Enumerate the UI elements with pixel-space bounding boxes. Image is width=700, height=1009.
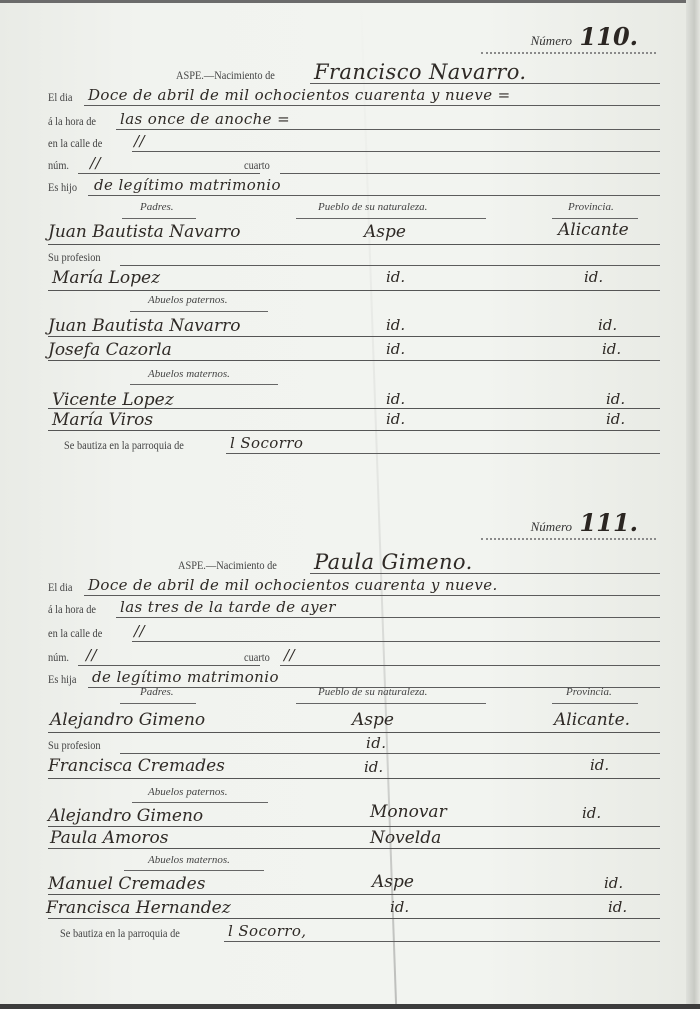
- maternal-grandfather-name: Manuel Cremades: [48, 874, 205, 894]
- maternal-grandfather-province: id.: [604, 874, 623, 892]
- row-parroquia: Se bautiza en la parroquia de l Socorro: [48, 434, 660, 456]
- field-line: [48, 430, 660, 431]
- field-line: [224, 941, 660, 942]
- parish: l Socorro,: [228, 922, 306, 940]
- padres-header: Padres.: [140, 686, 174, 698]
- row-num-cuarto: núm. // cuarto: [48, 154, 660, 176]
- field-line: [48, 408, 660, 409]
- num-label: núm.: [48, 160, 69, 172]
- numero-value: 110.: [580, 22, 638, 51]
- row-profesion: Su profesion: [48, 246, 660, 268]
- maternal-grandfather-town: Aspe: [372, 872, 414, 892]
- birth-date: Doce de abril de mil ochocientos cuarent…: [88, 86, 511, 104]
- provincia-header: Provincia.: [566, 686, 612, 698]
- profesion-label: Su profesion: [48, 740, 101, 752]
- header-rule: [130, 311, 268, 312]
- maternal-grandmother-town: id.: [390, 898, 409, 916]
- nacimiento-label: ASPE.—Nacimiento de: [178, 560, 277, 572]
- field-line: [132, 151, 660, 152]
- dia-label: El dia: [48, 582, 72, 594]
- calle-label: en la calle de: [48, 138, 102, 150]
- header-rule: [296, 703, 486, 704]
- mother-name: María Lopez: [52, 268, 160, 288]
- es-hija-label: Es hija: [48, 674, 76, 686]
- padres-header: Padres.: [140, 201, 174, 213]
- es-hijo-label: Es hijo: [48, 182, 77, 194]
- row-nacimiento: ASPE.—Nacimiento de Francisco Navarro.: [48, 64, 660, 86]
- nacimiento-label: ASPE.—Nacimiento de: [176, 70, 275, 82]
- dia-label: El dia: [48, 92, 72, 104]
- parish: l Socorro: [230, 434, 303, 452]
- header-rule: [552, 218, 638, 219]
- field-line: [48, 894, 660, 895]
- maternal-grandmother-name: María Viros: [52, 410, 153, 430]
- field-line: [48, 732, 660, 733]
- field-line: [48, 336, 660, 337]
- legitimacy: de legítimo matrimonio: [92, 668, 279, 686]
- entry-number: Número 110.: [531, 22, 638, 51]
- paternal-grandfather-province: id.: [598, 316, 617, 334]
- maternal-grandfather-name: Vicente Lopez: [52, 390, 174, 410]
- numero-label: Número: [531, 33, 572, 48]
- maternal-grandmother-province: id.: [608, 898, 627, 916]
- paternal-grandmother-town: id.: [386, 340, 405, 358]
- page-bottom-edge: [0, 1004, 700, 1009]
- paternal-grandfather-name: Alejandro Gimeno: [48, 806, 203, 826]
- row-hora: á la hora de las tres de la tarde de aye…: [48, 598, 660, 620]
- mother-town: id.: [364, 758, 383, 776]
- header-rule: [120, 703, 196, 704]
- mother-town: id.: [386, 268, 405, 286]
- father-province: Alicante.: [554, 710, 630, 730]
- page-binding-edge: [686, 0, 700, 1009]
- num-label: núm.: [48, 652, 69, 664]
- header-rule: [132, 802, 268, 803]
- field-line: [48, 848, 660, 849]
- hora-label: á la hora de: [48, 604, 96, 616]
- row-dia: El dia Doce de abril de mil ochocientos …: [48, 86, 660, 108]
- row-parroquia: Se bautiza en la parroquia de l Socorro,: [48, 922, 660, 944]
- field-line: [48, 244, 660, 245]
- row-hora: á la hora de las once de anoche =: [48, 110, 660, 132]
- parroquia-label: Se bautiza en la parroquia de: [64, 440, 184, 452]
- father-name: Juan Bautista Navarro: [48, 222, 240, 242]
- field-line: [226, 453, 660, 454]
- dotted-rule: [481, 538, 656, 540]
- child-name: Francisco Navarro.: [314, 60, 527, 84]
- father-town: Aspe: [364, 222, 406, 242]
- street: //: [134, 132, 145, 150]
- abuelos-paternos-header: Abuelos paternos.: [148, 786, 227, 798]
- profesion-label: Su profesion: [48, 252, 101, 264]
- paternal-grandfather-town: Monovar: [370, 802, 447, 822]
- maternal-grandfather-town: id.: [386, 390, 405, 408]
- field-line: [48, 360, 660, 361]
- maternal-grandmother-town: id.: [386, 410, 405, 428]
- field-line: [280, 665, 660, 666]
- abuelos-maternos-header: Abuelos maternos.: [148, 368, 230, 380]
- parroquia-label: Se bautiza en la parroquia de: [60, 928, 180, 940]
- abuelos-maternos-header: Abuelos maternos.: [148, 854, 230, 866]
- birth-hour: las tres de la tarde de ayer: [120, 598, 336, 616]
- page-top-edge: [0, 0, 700, 3]
- entry-number: Número 111.: [531, 508, 638, 537]
- field-line: [116, 617, 660, 618]
- field-line: [88, 195, 660, 196]
- field-line: [48, 290, 660, 291]
- father-province: Alicante: [558, 220, 629, 240]
- row-profesion: Su profesion id.: [48, 734, 660, 756]
- paternal-grandmother-name: Paula Amoros: [50, 828, 168, 848]
- header-rule: [130, 384, 278, 385]
- mother-province: id.: [584, 268, 603, 286]
- paternal-grandfather-province: id.: [582, 804, 601, 822]
- row-nacimiento: ASPE.—Nacimiento de Paula Gimeno.: [48, 554, 660, 576]
- maternal-grandfather-province: id.: [606, 390, 625, 408]
- pueblo-header: Pueblo de su naturaleza.: [318, 201, 427, 213]
- field-line: [120, 265, 660, 266]
- paternal-grandfather-name: Juan Bautista Navarro: [48, 316, 240, 336]
- maternal-grandmother-province: id.: [606, 410, 625, 428]
- row-num-cuarto: núm. // cuarto //: [48, 646, 660, 668]
- profession: id.: [366, 734, 386, 752]
- row-calle: en la calle de //: [48, 132, 660, 154]
- hora-label: á la hora de: [48, 116, 96, 128]
- paternal-grandmother-name: Josefa Cazorla: [48, 340, 172, 360]
- street: //: [134, 622, 145, 640]
- header-rule: [124, 870, 264, 871]
- abuelos-paternos-header: Abuelos paternos.: [148, 294, 227, 306]
- field-line: [280, 173, 660, 174]
- paternal-grandfather-town: id.: [386, 316, 405, 334]
- numero-label: Número: [531, 519, 572, 534]
- field-line: [132, 641, 660, 642]
- paternal-grandmother-province: id.: [602, 340, 621, 358]
- child-name: Paula Gimeno.: [314, 550, 473, 574]
- house-number: //: [90, 154, 101, 172]
- pueblo-header: Pueblo de su naturaleza.: [318, 686, 427, 698]
- row-calle: en la calle de //: [48, 622, 660, 644]
- father-town: Aspe: [352, 710, 394, 730]
- room: //: [284, 646, 295, 664]
- provincia-header: Provincia.: [568, 201, 614, 213]
- legitimacy: de legítimo matrimonio: [94, 176, 281, 194]
- field-line: [78, 665, 260, 666]
- calle-label: en la calle de: [48, 628, 102, 640]
- maternal-grandmother-name: Francisca Hernandez: [46, 898, 231, 918]
- header-rule: [296, 218, 486, 219]
- dotted-rule: [481, 52, 656, 54]
- mother-name: Francisca Cremades: [48, 756, 225, 776]
- header-rule: [552, 703, 638, 704]
- field-line: [116, 129, 660, 130]
- field-line: [120, 753, 660, 754]
- birth-date: Doce de abril de mil ochocientos cuarent…: [88, 576, 498, 594]
- row-dia: El dia Doce de abril de mil ochocientos …: [48, 576, 660, 598]
- field-line: [78, 173, 260, 174]
- header-rule: [122, 218, 196, 219]
- father-name: Alejandro Gimeno: [50, 710, 205, 730]
- house-number: //: [86, 646, 97, 664]
- field-line: [84, 595, 660, 596]
- numero-value: 111.: [580, 508, 638, 537]
- field-line: [84, 105, 660, 106]
- field-line: [48, 778, 660, 779]
- cuarto-label: cuarto: [244, 652, 270, 664]
- birth-hour: las once de anoche =: [120, 110, 290, 128]
- row-legitimidad: Es hijo de legítimo matrimonio: [48, 176, 660, 198]
- paternal-grandmother-town: Novelda: [370, 828, 441, 848]
- field-line: [48, 918, 660, 919]
- field-line: [48, 826, 660, 827]
- mother-province: id.: [590, 756, 609, 774]
- cuarto-label: cuarto: [244, 160, 270, 172]
